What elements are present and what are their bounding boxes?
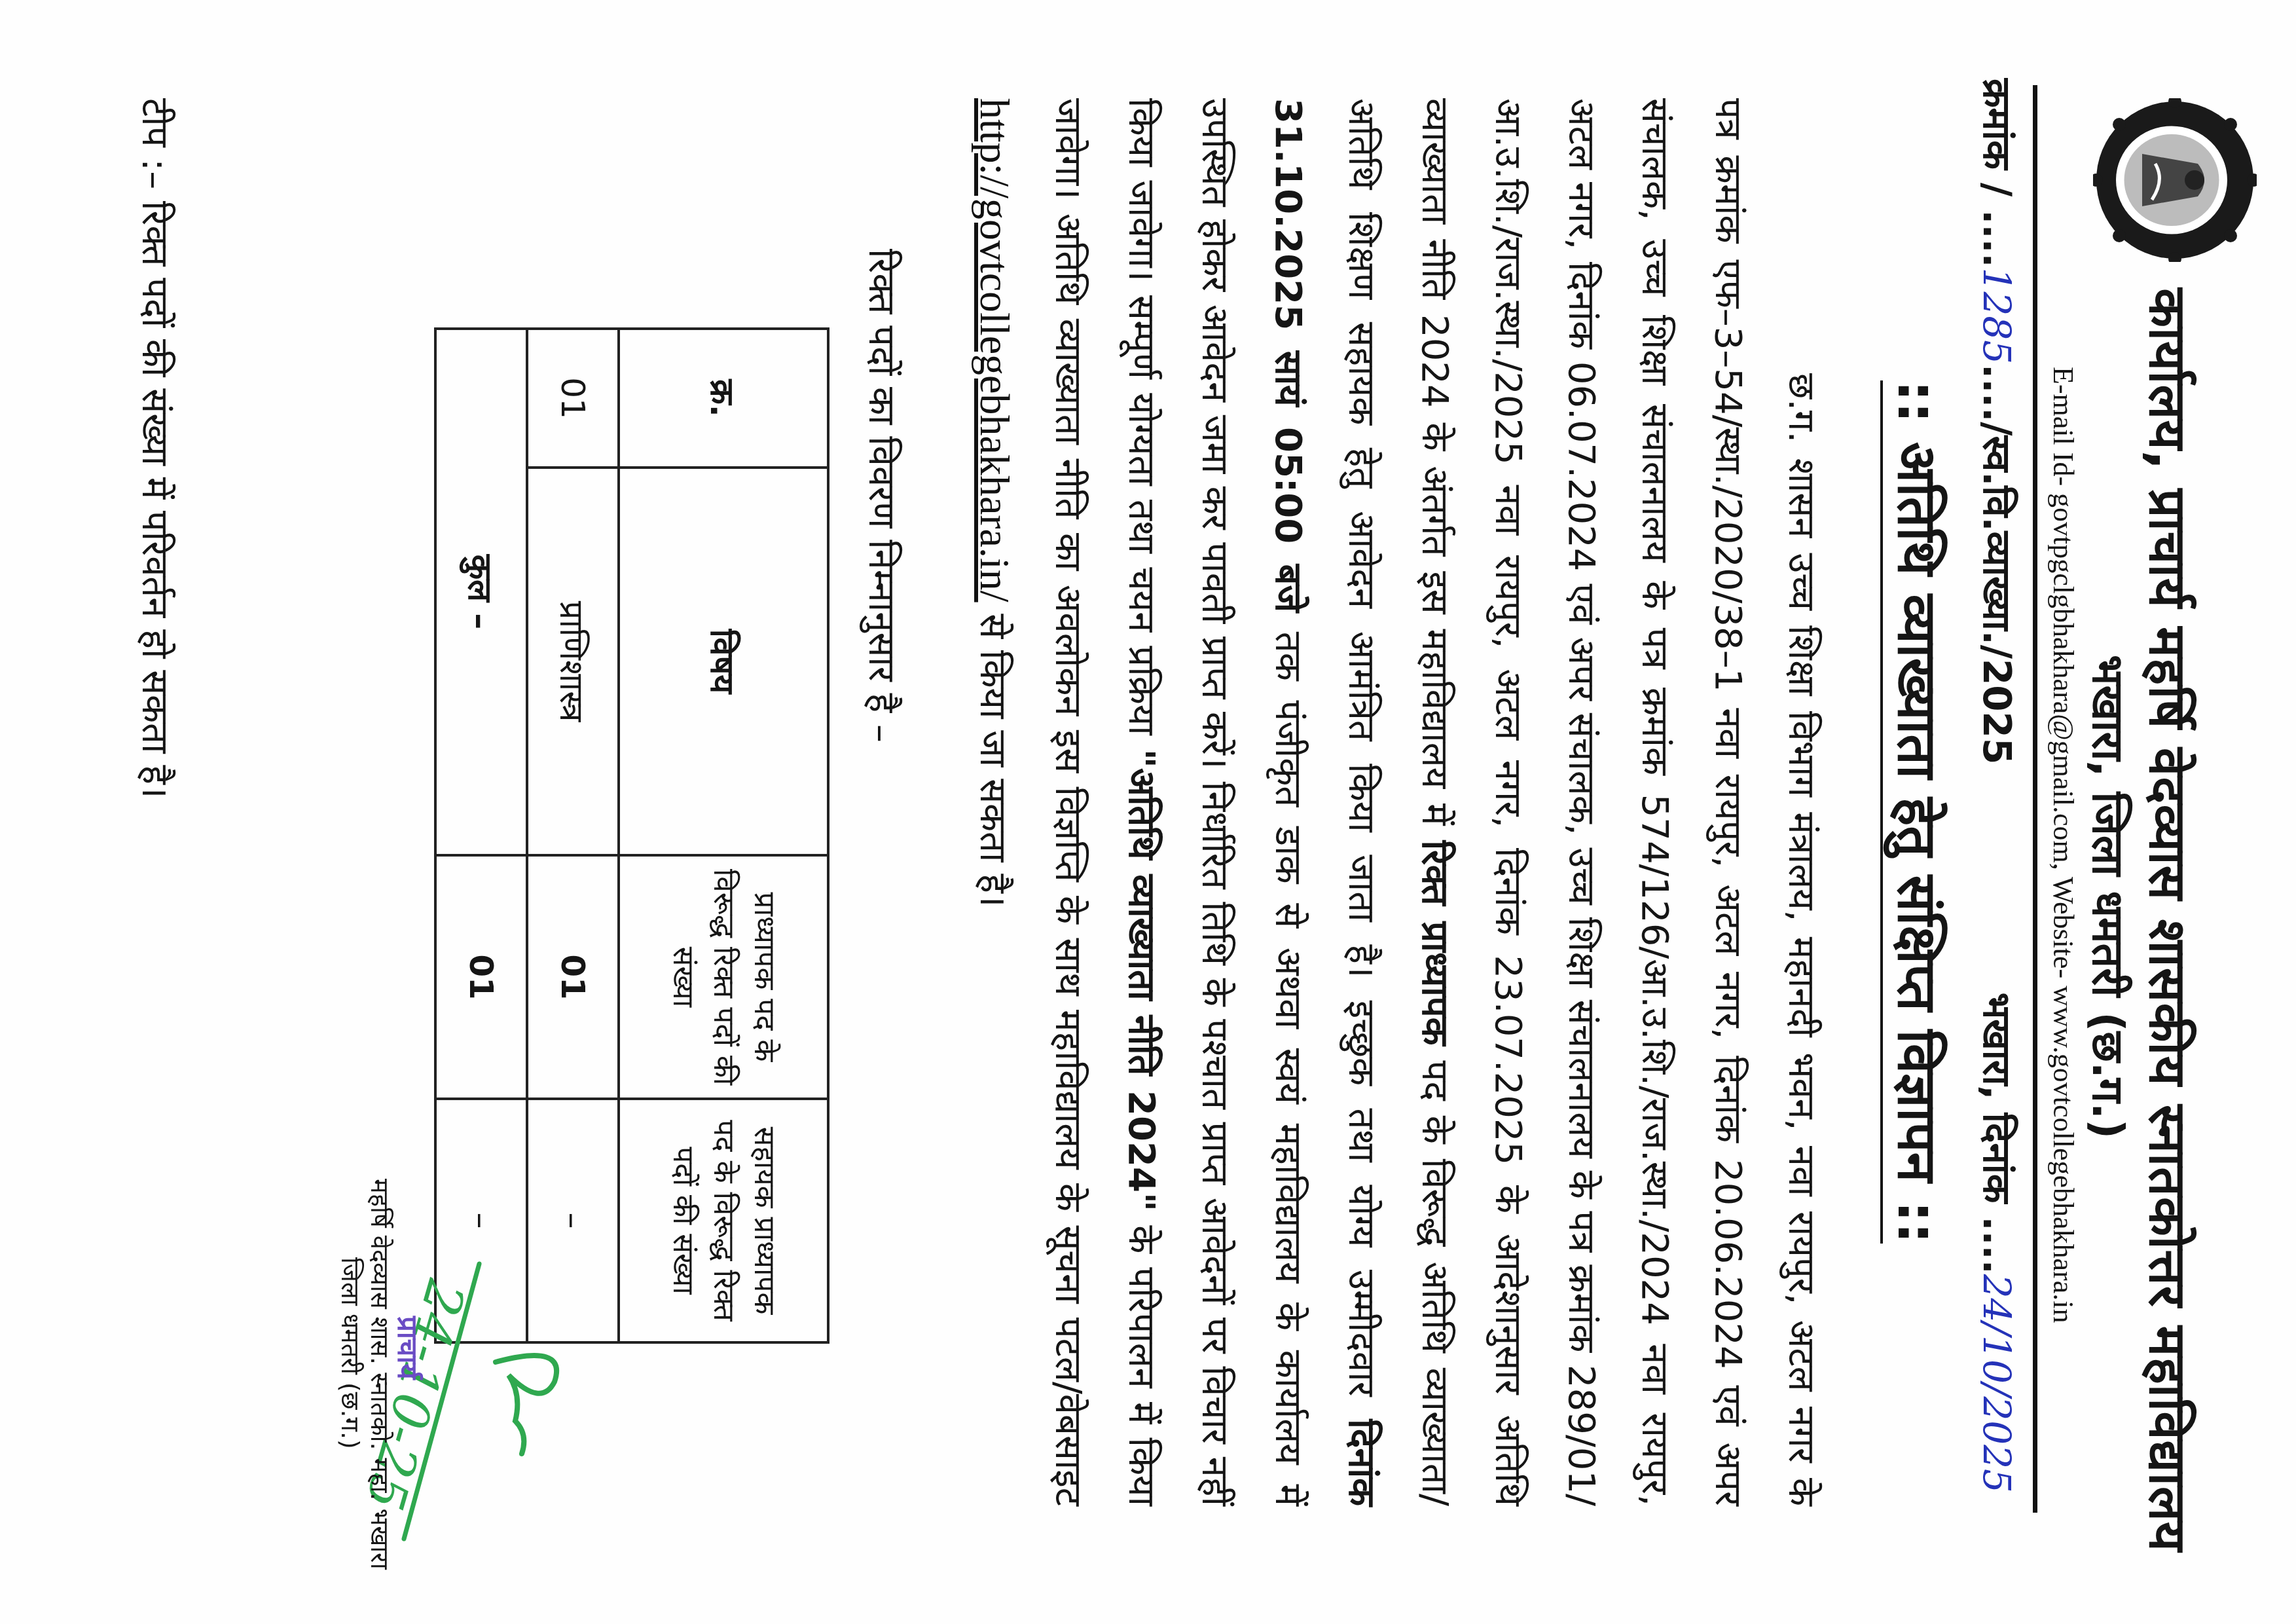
date-handwritten: 24/10/2025 <box>1975 1274 2019 1493</box>
col-subject: विषय <box>619 468 828 855</box>
date-prefix: भखारा, दिनांक .... <box>1975 993 2019 1274</box>
reference-date: भखारा, दिनांक ....24/10/2025 <box>1973 993 2024 1493</box>
post-name: रिक्त प्राध्यापक <box>1413 840 1456 1045</box>
footnote: टीप :– रिक्त पदों की संख्या में परिवर्तन… <box>132 98 181 798</box>
notice-title: :: अतिथि व्याख्याता हेतु संक्षिप्त विज्ञ… <box>1882 0 1956 1624</box>
col-serial: क्र. <box>619 329 828 468</box>
col-asst-professor-vacancy: सहायक प्राध्यापक पद के विरूद्ध रिक्त पदो… <box>619 1099 828 1342</box>
cell-professor: 01 <box>527 855 619 1099</box>
ref-prefix: क्रमांक / .... <box>1975 79 2019 268</box>
signatory-district: जिला धमतरी (छ.ग.) <box>334 1257 368 1449</box>
website-link[interactable]: http://govtcollegebhakhara.in/ <box>972 98 1018 602</box>
ref-suffix: ..../स्व.वि.व्याख्या./2025 <box>1975 364 2019 764</box>
col-professor-vacancy: प्राध्यापक पद के विरूद्ध रिक्त पदों की स… <box>619 855 828 1099</box>
body-text-1: छ.ग. शासन उच्च शिक्षा विभाग मंत्रालय, मह… <box>1413 98 1823 1506</box>
college-emblem-icon <box>2093 98 2257 262</box>
policy-name: "अतिथि व्याख्याता नीति 2024" <box>1120 749 1163 1211</box>
body-paragraph: छ.ग. शासन उच्च शिक्षा विभाग मंत्रालय, मह… <box>956 98 1838 1506</box>
office-title: कार्यालय, प्राचार्य महर्षि वेदव्यास शासक… <box>2135 288 2204 1552</box>
office-location: भखारा, जिला धमतरी (छ.ग.) <box>2080 655 2139 1139</box>
contact-line: E-mail Id- govtpgclgbhakhara@gmail.com, … <box>2047 367 2080 1323</box>
header-divider <box>2033 85 2037 1513</box>
cell-serial: 01 <box>527 329 619 468</box>
signatory-college: महर्षि वेदव्यास शास. स्नातको. महा. भखारा <box>363 1179 397 1570</box>
ref-number-handwritten: 1285 <box>1975 268 2019 365</box>
notice-page: कार्यालय, प्राचार्य महर्षि वेदव्यास शासक… <box>0 0 2296 1624</box>
reference-number: क्रमांक / ....1285..../स्व.वि.व्याख्या./… <box>1973 79 2024 764</box>
notice-body: छ.ग. शासन उच्च शिक्षा विभाग मंत्रालय, मह… <box>956 98 1838 1506</box>
total-professor: 01 <box>435 855 527 1099</box>
notice-title-text: :: अतिथि व्याख्याता हेतु संक्षिप्त विज्ञ… <box>1880 380 1948 1244</box>
table-intro: रिक्त पदों का विवरण निम्नानुसार है – <box>858 249 908 743</box>
cell-subject: प्राणिशास्त्र <box>527 468 619 855</box>
body-text-5: से किया जा सकता है। <box>972 602 1014 908</box>
total-label: कुल – <box>435 329 527 855</box>
table-header-row: क्र. विषय प्राध्यापक पद के विरूद्ध रिक्त… <box>619 329 828 1342</box>
